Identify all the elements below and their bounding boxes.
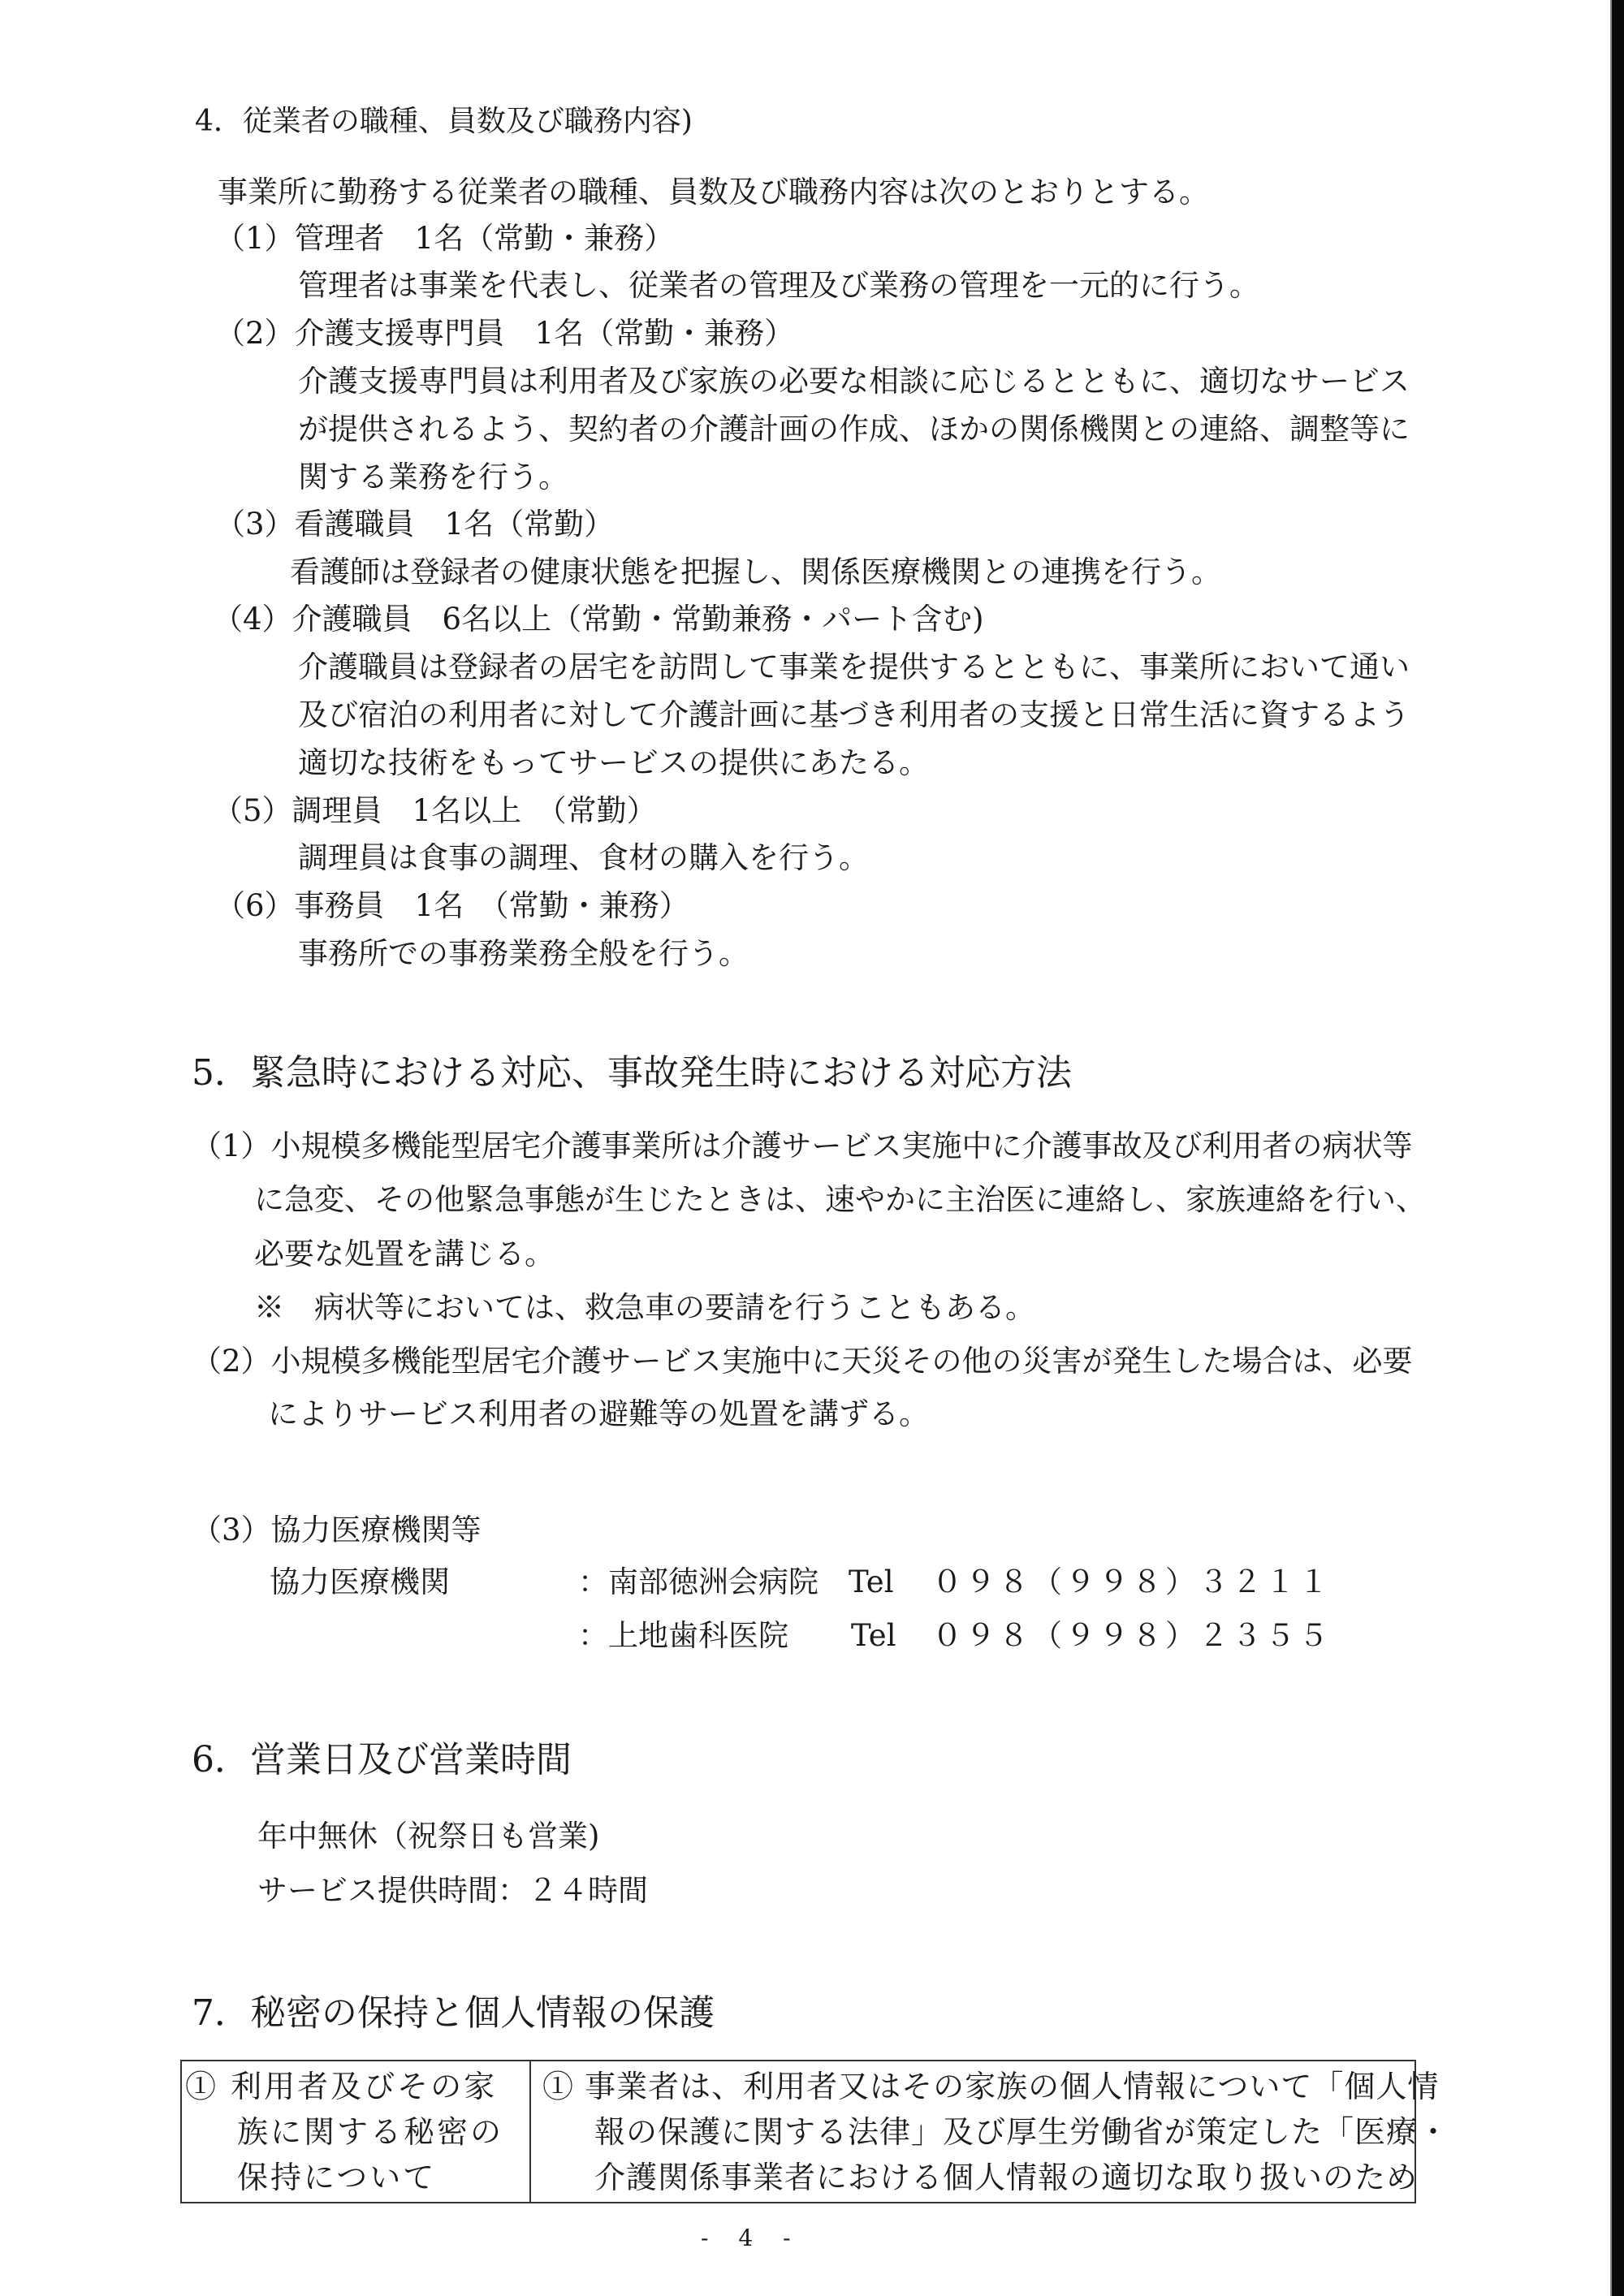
service-hours: サービス提供時間：２４時間 — [257, 1875, 648, 1905]
document-page: 4．従業者の職種、員数及び職務内容) 事業所に勤務する従業者の職種、員数及び職務… — [0, 0, 1612, 2296]
staff-item-2-title: （2）介護支援専門員 1名（常勤・兼務） — [215, 318, 794, 348]
table-left-cell-line: ① 利用者及びその家 — [185, 2071, 497, 2102]
staff-item-5-title: （5）調理員 1名以上 （常勤） — [213, 796, 657, 826]
scan-border — [1612, 0, 1624, 2296]
table-left-cell-line: 族に関する秘密の — [185, 2117, 503, 2147]
emergency-item-1-line: に急変、その他緊急事態が生じたときは、速やかに主治医に連絡し、家族連絡を行い、 — [254, 1185, 1426, 1215]
business-days: 年中無休（祝祭日も営業) — [257, 1821, 599, 1851]
table-right-cell-line: 報の保護に関する法律」及び厚生労働省が策定した「医療・ — [542, 2117, 1449, 2147]
hospital-tel: ０９８（９９８）３２１１ — [932, 1567, 1332, 1597]
section-5-heading: 5．緊急時における対応、事故発生時における対応方法 — [192, 1055, 1072, 1091]
staff-item-1-title: （1）管理者 1名（常勤・兼務） — [215, 223, 674, 253]
staff-item-2-desc-line: 関する業務を行う。 — [298, 462, 568, 492]
section-7-heading: 7．秘密の保持と個人情報の保護 — [192, 1996, 715, 2031]
privacy-table: ① 利用者及びその家 族に関する秘密の 保持について ① 事業者は、利用者又はそ… — [180, 2060, 1416, 2203]
emergency-item-2-line: によりサービス利用者の避難等の処置を講ずる。 — [268, 1399, 929, 1429]
cooperating-institutions-label: 協力医療機関 — [270, 1567, 450, 1597]
staff-item-3-desc: 看護師は登録者の健康状態を把握し、関係医療機関との連携を行う。 — [290, 557, 1221, 587]
section-4-intro: 事業所に勤務する従業者の職種、員数及び職務内容は次のとおりとする。 — [218, 177, 1209, 207]
table-left-cell-line: 保持について — [185, 2162, 436, 2193]
staff-item-1-desc: 管理者は事業を代表し、従業者の管理及び業務の管理を一元的に行う。 — [298, 270, 1259, 300]
dental-clinic-tel: ０９８（９９８）２３５５ — [932, 1621, 1332, 1651]
table-right-cell-line: ① 事業者は、利用者又はその家族の個人情報について「個人情 — [542, 2071, 1439, 2102]
hospital-tel-label: Tel — [849, 1567, 894, 1597]
staff-item-6-desc: 事務所での事務業務全般を行う。 — [298, 939, 749, 969]
emergency-item-1-line: （1）小規模多機能型居宅介護事業所は介護サービス実施中に介護事故及び利用者の病状… — [192, 1131, 1413, 1161]
dental-clinic-name: ：上地歯科医院 — [578, 1621, 788, 1651]
emergency-note: ※ 病状等においては、救急車の要請を行うこともある。 — [254, 1293, 1035, 1323]
section-6-heading: 6．営業日及び営業時間 — [192, 1742, 572, 1778]
emergency-item-2-line: （2）小規模多機能型居宅介護サービス実施中に天災その他の災害が発生した場合は、必… — [192, 1346, 1413, 1376]
staff-item-2-desc-line: が提供されるよう、契約者の介護計画の作成、ほかの関係機関との連絡、調整等に — [298, 414, 1410, 444]
staff-item-3-title: （3）看護職員 1名（常勤） — [215, 509, 614, 539]
section-4-heading: 4．従業者の職種、員数及び職務内容) — [195, 107, 693, 136]
hospital-name: ：南部徳洲会病院 — [578, 1567, 818, 1597]
dental-clinic-tel-label: Tel — [851, 1621, 896, 1651]
cooperating-institutions-title: （3）協力医療機関等 — [192, 1515, 482, 1545]
staff-item-4-title: （4）介護職員 6名以上（常勤・常勤兼務・パート含む) — [213, 604, 984, 634]
emergency-item-1-line: 必要な処置を講じる。 — [254, 1239, 555, 1269]
staff-item-2-desc-line: 介護支援専門員は利用者及び家族の必要な相談に応じるとともに、適切なサービス — [298, 366, 1410, 396]
staff-item-4-desc-line: 介護職員は登録者の居宅を訪問して事業を提供するとともに、事業所において通い — [298, 652, 1410, 682]
staff-item-4-desc-line: 及び宿泊の利用者に対して介護計画に基づき利用者の支援と日常生活に資するよう — [298, 700, 1410, 730]
staff-item-6-title: （6）事務員 1名 （常勤・兼務） — [215, 891, 689, 921]
staff-item-4-desc-line: 適切な技術をもってサービスの提供にあたる。 — [298, 748, 929, 778]
page-number: - 4 - — [701, 2225, 802, 2251]
staff-item-5-desc: 調理員は食事の調理、食材の購入を行う。 — [298, 843, 869, 873]
table-column-divider — [529, 2061, 531, 2202]
table-right-cell-line: 介護関係事業者における個人情報の適切な取り扱いのため — [542, 2162, 1418, 2193]
